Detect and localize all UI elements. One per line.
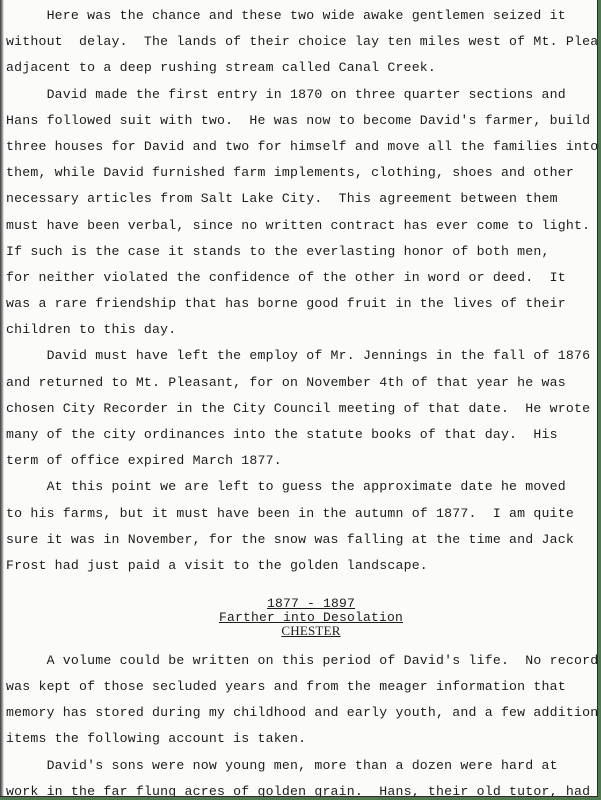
text-line: chosen City Recorder in the City Council…	[6, 396, 596, 422]
text-line: adjacent to a deep rushing stream called…	[6, 55, 596, 81]
text-line: was kept of those secluded years and fro…	[6, 674, 596, 700]
text-line: Hans followed suit with two. He was now …	[6, 108, 596, 134]
text-line: children to this day.	[6, 317, 596, 343]
text-line: to his farms, but it must have been in t…	[6, 501, 596, 527]
text-line: items the following account is taken.	[6, 726, 596, 752]
text-line: necessary articles from Salt Lake City. …	[6, 186, 596, 212]
text-line: David's sons were now young men, more th…	[6, 753, 596, 779]
text-line: must have been verbal, since no written …	[6, 213, 596, 239]
text-line: Here was the chance and these two wide a…	[6, 3, 596, 29]
text-line: many of the city ordinances into the sta…	[6, 422, 596, 448]
text-line: work in the far flung acres of golden gr…	[6, 779, 596, 797]
heading-subtitle: CHESTER	[26, 624, 596, 638]
document-body: Here was the chance and these two wide a…	[6, 3, 596, 797]
text-line: three houses for David and two for himse…	[6, 134, 596, 160]
text-line: for neither violated the confidence of t…	[6, 265, 596, 291]
text-line: them, while David furnished farm impleme…	[6, 160, 596, 186]
text-line: David made the first entry in 1870 on th…	[6, 82, 596, 108]
scanned-page: Here was the chance and these two wide a…	[0, 0, 598, 797]
text-line: At this point we are left to guess the a…	[6, 474, 596, 500]
text-line: memory has stored during my childhood an…	[6, 700, 596, 726]
scan-shadow-edge	[0, 0, 4, 796]
text-line: Frost had just paid a visit to the golde…	[6, 553, 596, 579]
text-block-after-heading: A volume could be written on this period…	[6, 648, 596, 797]
text-line: without delay. The lands of their choice…	[6, 29, 596, 55]
text-line: David must have left the employ of Mr. J…	[6, 343, 596, 369]
text-line: If such is the case it stands to the eve…	[6, 239, 596, 265]
heading-years: 1877 - 1897	[26, 597, 596, 611]
text-line: term of office expired March 1877.	[6, 448, 596, 474]
text-line: A volume could be written on this period…	[6, 648, 596, 674]
text-line: sure it was in November, for the snow wa…	[6, 527, 596, 553]
heading-title: Farther into Desolation	[26, 611, 596, 625]
section-heading: 1877 - 1897 Farther into Desolation CHES…	[6, 597, 596, 638]
text-line: was a rare friendship that has borne goo…	[6, 291, 596, 317]
text-block-before-heading: Here was the chance and these two wide a…	[6, 3, 596, 579]
text-line: and returned to Mt. Pleasant, for on Nov…	[6, 370, 596, 396]
